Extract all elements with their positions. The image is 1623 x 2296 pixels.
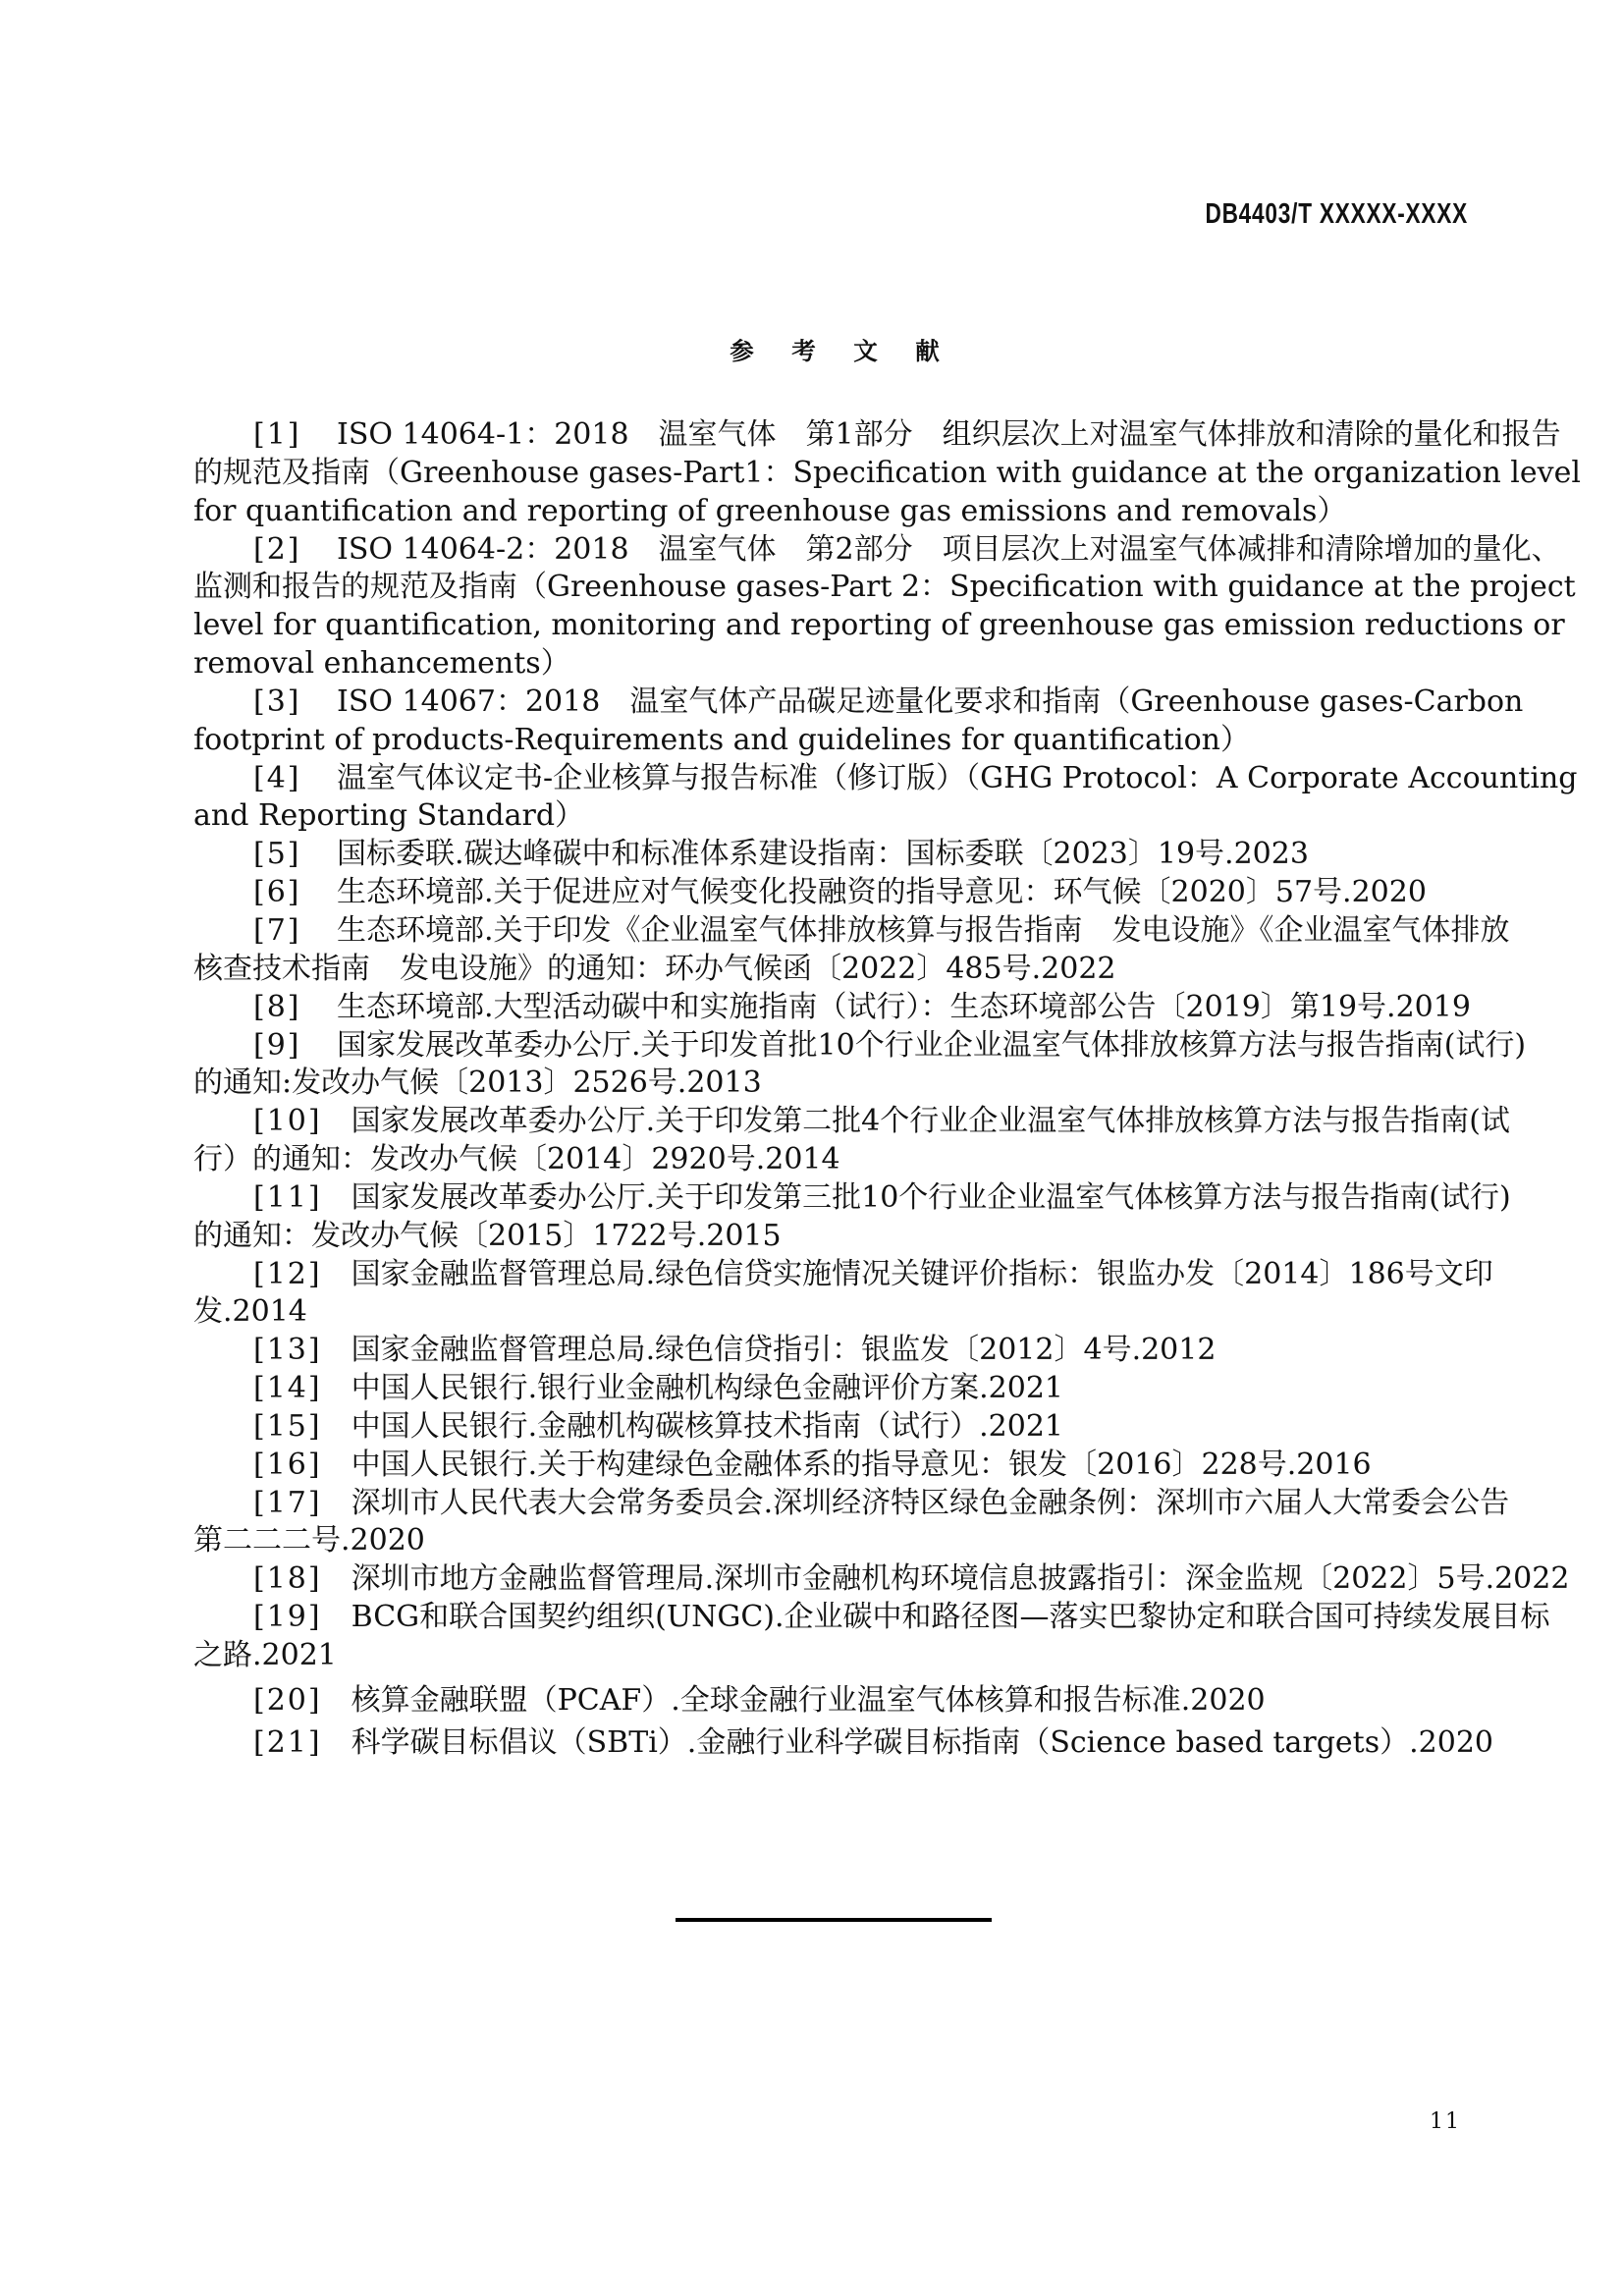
reference-line: [11]国家发展改革委办公厅.关于印发第三批10个行业企业温室气体核算方法与报告…	[193, 1179, 1509, 1218]
reference-line: [13]国家金融监督管理总局.绿色信贷指引：银监发〔2012〕4号.2012	[193, 1332, 1509, 1370]
reference-number: [5]	[253, 836, 307, 874]
reference-line: for quantification and reporting of gree…	[193, 493, 1509, 531]
reference-line: [9]国家发展改革委办公厅.关于印发首批10个行业企业温室气体排放核算方法与报告…	[193, 1027, 1509, 1066]
reference-entry: [9]国家发展改革委办公厅.关于印发首批10个行业企业温室气体排放核算方法与报告…	[193, 1027, 1509, 1104]
reference-line: 的规范及指南（Greenhouse gases-Part1：Specificat…	[193, 455, 1509, 493]
reference-entry: [13]国家金融监督管理总局.绿色信贷指引：银监发〔2012〕4号.2012	[193, 1332, 1509, 1370]
reference-entry: [2]ISO 14064-2：2018 温室气体 第2部分 项目层次上对温室气体…	[193, 531, 1509, 683]
reference-number: [3]	[253, 683, 307, 722]
reference-line: [14]中国人民银行.银行业金融机构绿色金融评价方案.2021	[193, 1370, 1509, 1408]
document-page: DB4403/T XXXXX-XXXX 参 考 文 献 [1]ISO 14064…	[0, 0, 1623, 2296]
reference-number: [7]	[253, 912, 307, 951]
reference-line: [10]国家发展改革委办公厅.关于印发第二批4个行业企业温室气体排放核算方法与报…	[193, 1103, 1509, 1141]
reference-number: [19]	[253, 1599, 322, 1637]
reference-line: 行）的通知：发改办气候〔2014〕2920号.2014	[193, 1141, 1509, 1179]
reference-line: [18]深圳市地方金融监督管理局.深圳市金融机构环境信息披露指引：深金监规〔20…	[193, 1560, 1509, 1599]
end-of-document-rule	[676, 1918, 992, 1922]
reference-entry: [1]ISO 14064-1：2018 温室气体 第1部分 组织层次上对温室气体…	[193, 416, 1509, 531]
reference-line: [6]生态环境部.关于促进应对气候变化投融资的指导意见：环气候〔2020〕57号…	[193, 874, 1509, 912]
reference-number: [9]	[253, 1027, 307, 1066]
reference-entry: [10]国家发展改革委办公厅.关于印发第二批4个行业企业温室气体排放核算方法与报…	[193, 1103, 1509, 1179]
reference-line: [21]科学碳目标倡议（SBTi）.金融行业科学碳目标指南（Science ba…	[193, 1724, 1509, 1763]
reference-entry: [5]国标委联.碳达峰碳中和标准体系建设指南：国标委联〔2023〕19号.202…	[193, 836, 1509, 874]
reference-entry: [15]中国人民银行.金融机构碳核算技术指南（试行）.2021	[193, 1408, 1509, 1447]
reference-line: [19]BCG和联合国契约组织(UNGC).企业碳中和路径图—落实巴黎协定和联合…	[193, 1599, 1509, 1637]
reference-line: [12]国家金融监督管理总局.绿色信贷实施情况关键评价指标：银监办发〔2014〕…	[193, 1256, 1509, 1294]
reference-number: [8]	[253, 989, 307, 1027]
reference-list: [1]ISO 14064-1：2018 温室气体 第1部分 组织层次上对温室气体…	[193, 416, 1509, 1763]
reference-entry: [20]核算金融联盟（PCAF）.全球金融行业温室气体核算和报告标准.2020	[193, 1682, 1509, 1721]
reference-line: and Reporting Standard）	[193, 797, 1509, 836]
reference-line: [15]中国人民银行.金融机构碳核算技术指南（试行）.2021	[193, 1408, 1509, 1447]
reference-entry: [17]深圳市人民代表大会常务委员会.深圳经济特区绿色金融条例：深圳市六届人大常…	[193, 1485, 1509, 1561]
reference-number: [1]	[253, 416, 307, 455]
reference-entry: [4]温室气体议定书-企业核算与报告标准（修订版）（GHG Protocol：A…	[193, 760, 1509, 837]
reference-number: [10]	[253, 1103, 322, 1141]
reference-line: [16]中国人民银行.关于构建绿色金融体系的指导意见：银发〔2016〕228号.…	[193, 1447, 1509, 1485]
reference-line: 发.2014	[193, 1293, 1509, 1332]
reference-entry: [6]生态环境部.关于促进应对气候变化投融资的指导意见：环气候〔2020〕57号…	[193, 874, 1509, 912]
reference-line: 监测和报告的规范及指南（Greenhouse gases-Part 2：Spec…	[193, 569, 1509, 607]
reference-number: [15]	[253, 1408, 322, 1447]
reference-line: 的通知：发改办气候〔2015〕1722号.2015	[193, 1218, 1509, 1256]
reference-number: [6]	[253, 874, 307, 912]
reference-number: [12]	[253, 1256, 322, 1294]
reference-number: [17]	[253, 1485, 322, 1523]
reference-entry: [16]中国人民银行.关于构建绿色金融体系的指导意见：银发〔2016〕228号.…	[193, 1447, 1509, 1485]
reference-line: [3]ISO 14067：2018 温室气体产品碳足迹量化要求和指南（Green…	[193, 683, 1509, 722]
reference-line: [4]温室气体议定书-企业核算与报告标准（修订版）（GHG Protocol：A…	[193, 760, 1509, 798]
page-number: 11	[1430, 2109, 1461, 2134]
reference-entry: [8]生态环境部.大型活动碳中和实施指南（试行）：生态环境部公告〔2019〕第1…	[193, 989, 1509, 1027]
reference-entry: [11]国家发展改革委办公厅.关于印发第三批10个行业企业温室气体核算方法与报告…	[193, 1179, 1509, 1256]
reference-entry: [3]ISO 14067：2018 温室气体产品碳足迹量化要求和指南（Green…	[193, 683, 1509, 760]
reference-line: level for quantification, monitoring and…	[193, 607, 1509, 645]
reference-line: 的通知:发改办气候〔2013〕2526号.2013	[193, 1065, 1509, 1103]
reference-line: removal enhancements）	[193, 645, 1509, 683]
reference-line: [5]国标委联.碳达峰碳中和标准体系建设指南：国标委联〔2023〕19号.202…	[193, 836, 1509, 874]
reference-number: [14]	[253, 1370, 322, 1408]
reference-line: [1]ISO 14064-1：2018 温室气体 第1部分 组织层次上对温室气体…	[193, 416, 1509, 455]
reference-line: 第二二二号.2020	[193, 1522, 1509, 1560]
reference-number: [4]	[253, 760, 307, 798]
reference-line: footprint of products-Requirements and g…	[193, 722, 1509, 760]
standard-number-header: DB4403/T XXXXX-XXXX	[1205, 198, 1468, 231]
reference-line: [2]ISO 14064-2：2018 温室气体 第2部分 项目层次上对温室气体…	[193, 531, 1509, 570]
reference-entry: [12]国家金融监督管理总局.绿色信贷实施情况关键评价指标：银监办发〔2014〕…	[193, 1256, 1509, 1333]
reference-number: [13]	[253, 1332, 322, 1370]
reference-number: [18]	[253, 1560, 322, 1599]
reference-line: [17]深圳市人民代表大会常务委员会.深圳经济特区绿色金融条例：深圳市六届人大常…	[193, 1485, 1509, 1523]
reference-entry: [7]生态环境部.关于印发《企业温室气体排放核算与报告指南 发电设施》《企业温室…	[193, 912, 1509, 989]
reference-line: 之路.2021	[193, 1637, 1509, 1675]
reference-entry: [21]科学碳目标倡议（SBTi）.金融行业科学碳目标指南（Science ba…	[193, 1724, 1509, 1763]
reference-line: [20]核算金融联盟（PCAF）.全球金融行业温室气体核算和报告标准.2020	[193, 1682, 1509, 1721]
reference-entry: [19]BCG和联合国契约组织(UNGC).企业碳中和路径图—落实巴黎协定和联合…	[193, 1599, 1509, 1675]
reference-line: [7]生态环境部.关于印发《企业温室气体排放核算与报告指南 发电设施》《企业温室…	[193, 912, 1509, 951]
reference-number: [20]	[253, 1682, 322, 1721]
page-title: 参 考 文 献	[187, 337, 1483, 367]
reference-number: [21]	[253, 1724, 322, 1763]
reference-entry: [18]深圳市地方金融监督管理局.深圳市金融机构环境信息披露指引：深金监规〔20…	[193, 1560, 1509, 1599]
reference-line: [8]生态环境部.大型活动碳中和实施指南（试行）：生态环境部公告〔2019〕第1…	[193, 989, 1509, 1027]
reference-entry: [14]中国人民银行.银行业金融机构绿色金融评价方案.2021	[193, 1370, 1509, 1408]
reference-number: [11]	[253, 1179, 322, 1218]
reference-line: 核查技术指南 发电设施》的通知：环办气候函〔2022〕485号.2022	[193, 951, 1509, 989]
reference-number: [16]	[253, 1447, 322, 1485]
reference-number: [2]	[253, 531, 307, 570]
